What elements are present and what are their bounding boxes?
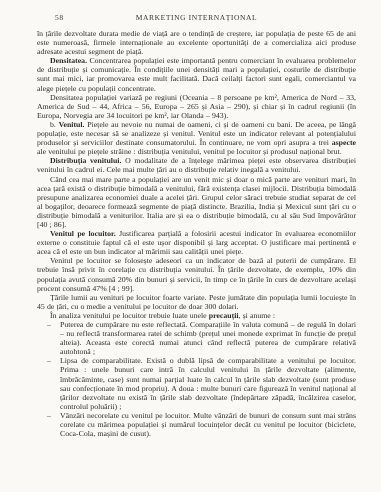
text-run: Puterea de cumpărare nu este reflectată.…: [60, 320, 356, 356]
running-title: MARKETING INTERNAȚIONAL: [37, 13, 356, 22]
list-bullet: –: [47, 356, 60, 411]
text-run: În analiza venitului pe locuitor trebuie…: [50, 311, 209, 320]
paragraph: b. Venitul. Piețele au nevoie nu numai d…: [37, 120, 356, 156]
running-header: 58 MARKETING INTERNAȚIONAL: [37, 13, 356, 23]
paragraph: Venitul pe locuitor. Justificarea parția…: [37, 229, 356, 256]
list-item-text: Vânzări necorelate cu venitul pe locuito…: [60, 411, 356, 438]
bold-text-run: Distribuția venitului.: [50, 156, 121, 165]
list-bullet: –: [47, 320, 60, 356]
paragraph: Venitul pe locuitor se folosește adeseor…: [37, 256, 356, 292]
text-run: Țările lumii au venituri pe locuitor foa…: [37, 293, 356, 311]
text-run: , și anume :: [239, 311, 276, 320]
text-run: b.: [50, 120, 59, 129]
paragraph: Densitatea populației variază pe regiuni…: [37, 93, 356, 120]
text-run: Piețele au nevoie nu numai de oameni, ci…: [37, 120, 356, 147]
bold-text-run: aspecte: [332, 138, 356, 147]
paragraph: în țările dezvoltate durata medie de via…: [37, 29, 356, 56]
paragraph: Distribuția venitului. O modalitate de a…: [37, 156, 356, 174]
paragraph: Densitatea. Concentrarea populației este…: [37, 56, 356, 92]
bold-text-run: Venitul.: [59, 120, 85, 129]
text-run: ale venitului pe piețele străine : distr…: [37, 147, 342, 156]
list-item: –Puterea de cumpărare nu este reflectată…: [37, 320, 356, 356]
text-run: Densitatea populației variază pe regiuni…: [37, 93, 356, 120]
page-number: 58: [55, 13, 64, 22]
text-run: Venitul pe locuitor se folosește adeseor…: [37, 256, 356, 292]
bold-text-run: precauții: [209, 311, 239, 320]
book-page: 58 MARKETING INTERNAȚIONAL în țările dez…: [0, 0, 381, 492]
text-run: Vânzări necorelate cu venitul pe locuito…: [60, 411, 356, 438]
paragraph: Când cea mai mare parte a populației are…: [37, 175, 356, 230]
list-bullet: –: [47, 411, 60, 438]
list-item-text: Lipsa de comparabilitate. Există o dublă…: [60, 356, 356, 411]
list-item-text: Puterea de cumpărare nu este reflectată.…: [60, 320, 356, 356]
text-run: în țările dezvoltate durata medie de via…: [37, 29, 356, 56]
page-body: în țările dezvoltate durata medie de via…: [37, 29, 356, 438]
paragraph: În analiza venitului pe locuitor trebuie…: [37, 311, 356, 320]
list-item: –Vânzări necorelate cu venitul pe locuit…: [37, 411, 356, 438]
text-run: Lipsa de comparabilitate. Există o dublă…: [60, 356, 356, 410]
bold-text-run: Venitul pe locuitor.: [50, 229, 116, 238]
text-run: Când cea mai mare parte a populației are…: [37, 175, 356, 229]
list-item: –Lipsa de comparabilitate. Există o dubl…: [37, 356, 356, 411]
paragraph: Țările lumii au venituri pe locuitor foa…: [37, 293, 356, 311]
bold-text-run: Densitatea.: [50, 56, 87, 65]
